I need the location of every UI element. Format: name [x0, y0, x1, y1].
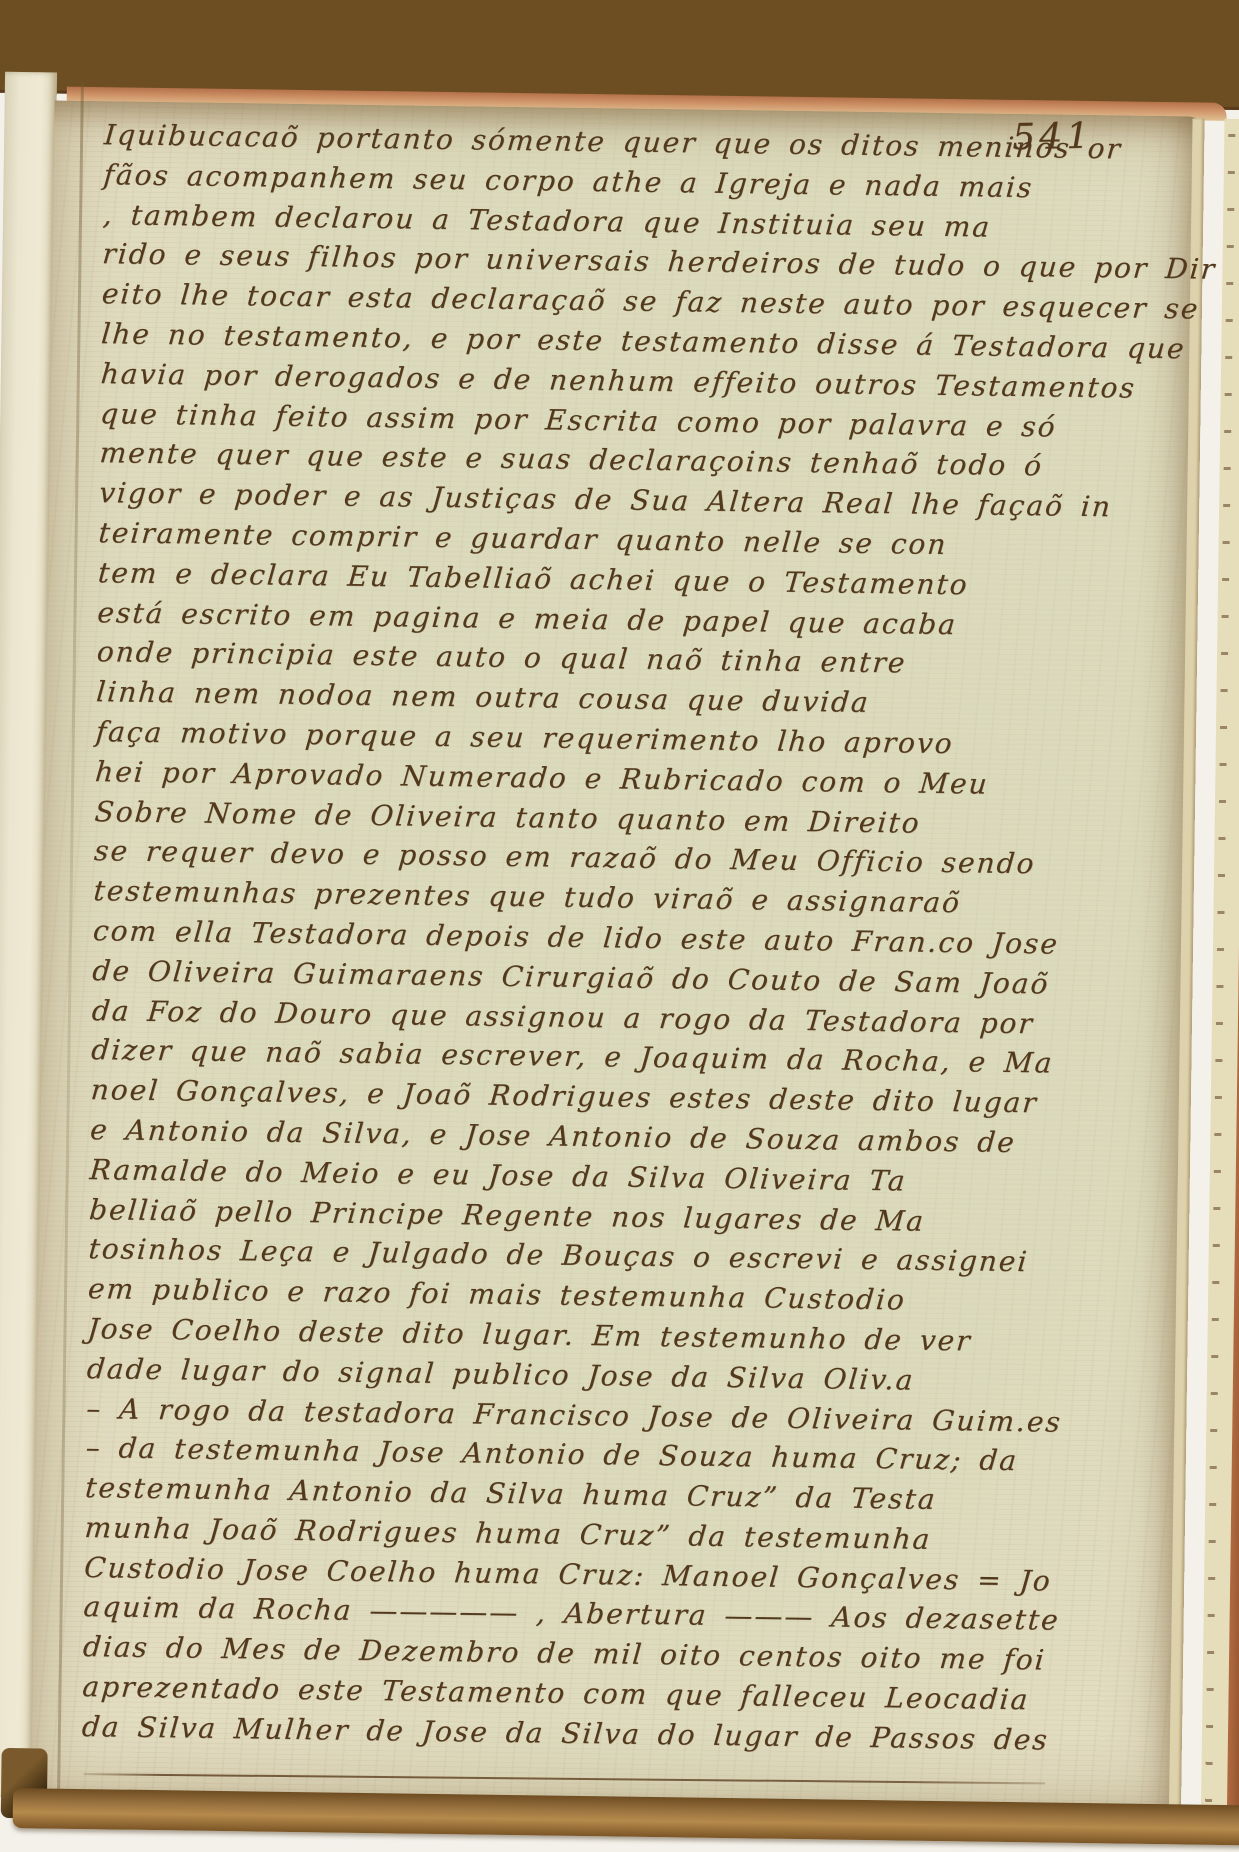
book: 541 Iquibucacaõ portanto sómente quer qu… — [0, 0, 1239, 1852]
manuscript-text-block: Iquibucacaõ portanto sómente quer que os… — [82, 115, 1153, 1761]
scanned-manuscript-page: 541 Iquibucacaõ portanto sómente quer qu… — [0, 0, 1239, 1852]
